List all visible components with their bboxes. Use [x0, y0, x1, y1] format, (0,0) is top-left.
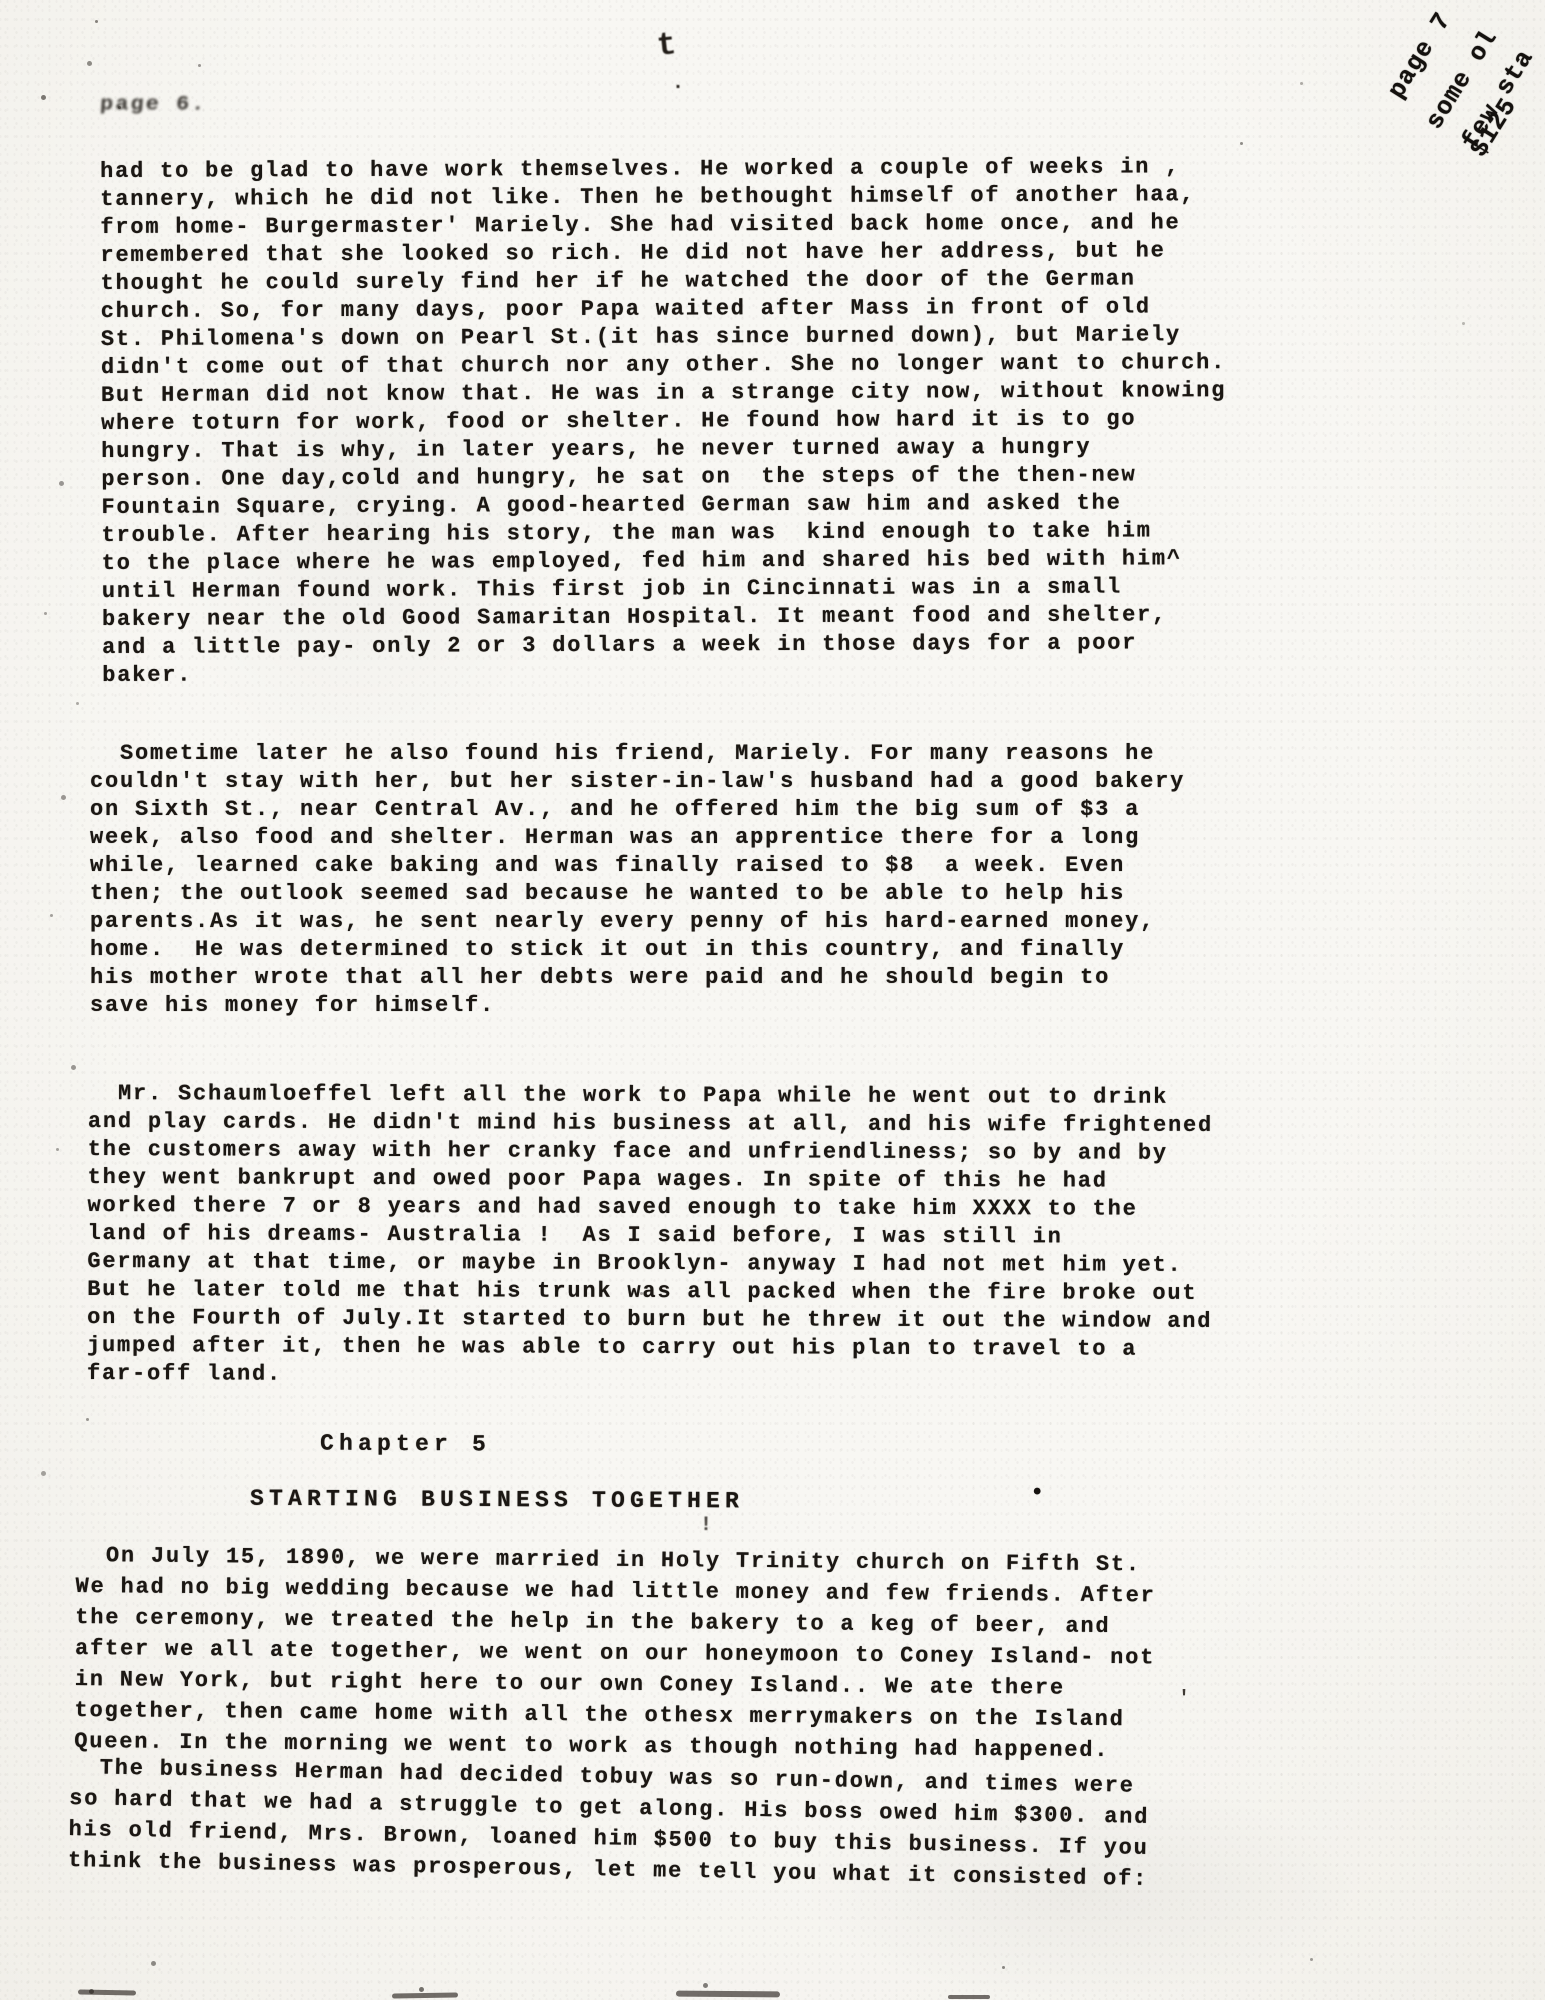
stray-ink-dot: .: [672, 74, 684, 94]
scanned-document-page: page 6. page 7 some ol few sta $125 t . …: [0, 0, 1545, 2000]
faint-page-number: page 6.: [99, 93, 207, 117]
body-paragraph-5: The business Herman had decided tobuy wa…: [68, 1752, 1150, 1895]
scan-noise-specks: [0, 0, 3, 3]
stray-bullet-mark: •: [1030, 1482, 1044, 1506]
bottom-edge-smudge: [948, 1995, 990, 1999]
chapter-number-heading: Chapter 5: [320, 1430, 491, 1459]
bottom-edge-smudge: [676, 1991, 780, 1998]
bottom-edge-smudge: [392, 1992, 458, 1998]
body-paragraph-3: Mr. Schaumloeffel left all the work to P…: [87, 1080, 1213, 1392]
bottom-edge-smudge: [78, 1989, 136, 1995]
chapter-title-heading: STARTING BUSINESS TOGETHER: [250, 1485, 744, 1516]
body-paragraph-4: On July 15, 1890, we were married in Hol…: [74, 1540, 1156, 1766]
stray-ink-mark: t: [655, 29, 677, 63]
stray-apostrophe-mark: ': [1178, 1690, 1190, 1710]
stray-tick-mark: !: [700, 1516, 712, 1536]
body-paragraph-1: had to be glad to have work themselves. …: [100, 153, 1227, 690]
body-paragraph-2: Sometime later he also found his friend,…: [90, 740, 1185, 1020]
